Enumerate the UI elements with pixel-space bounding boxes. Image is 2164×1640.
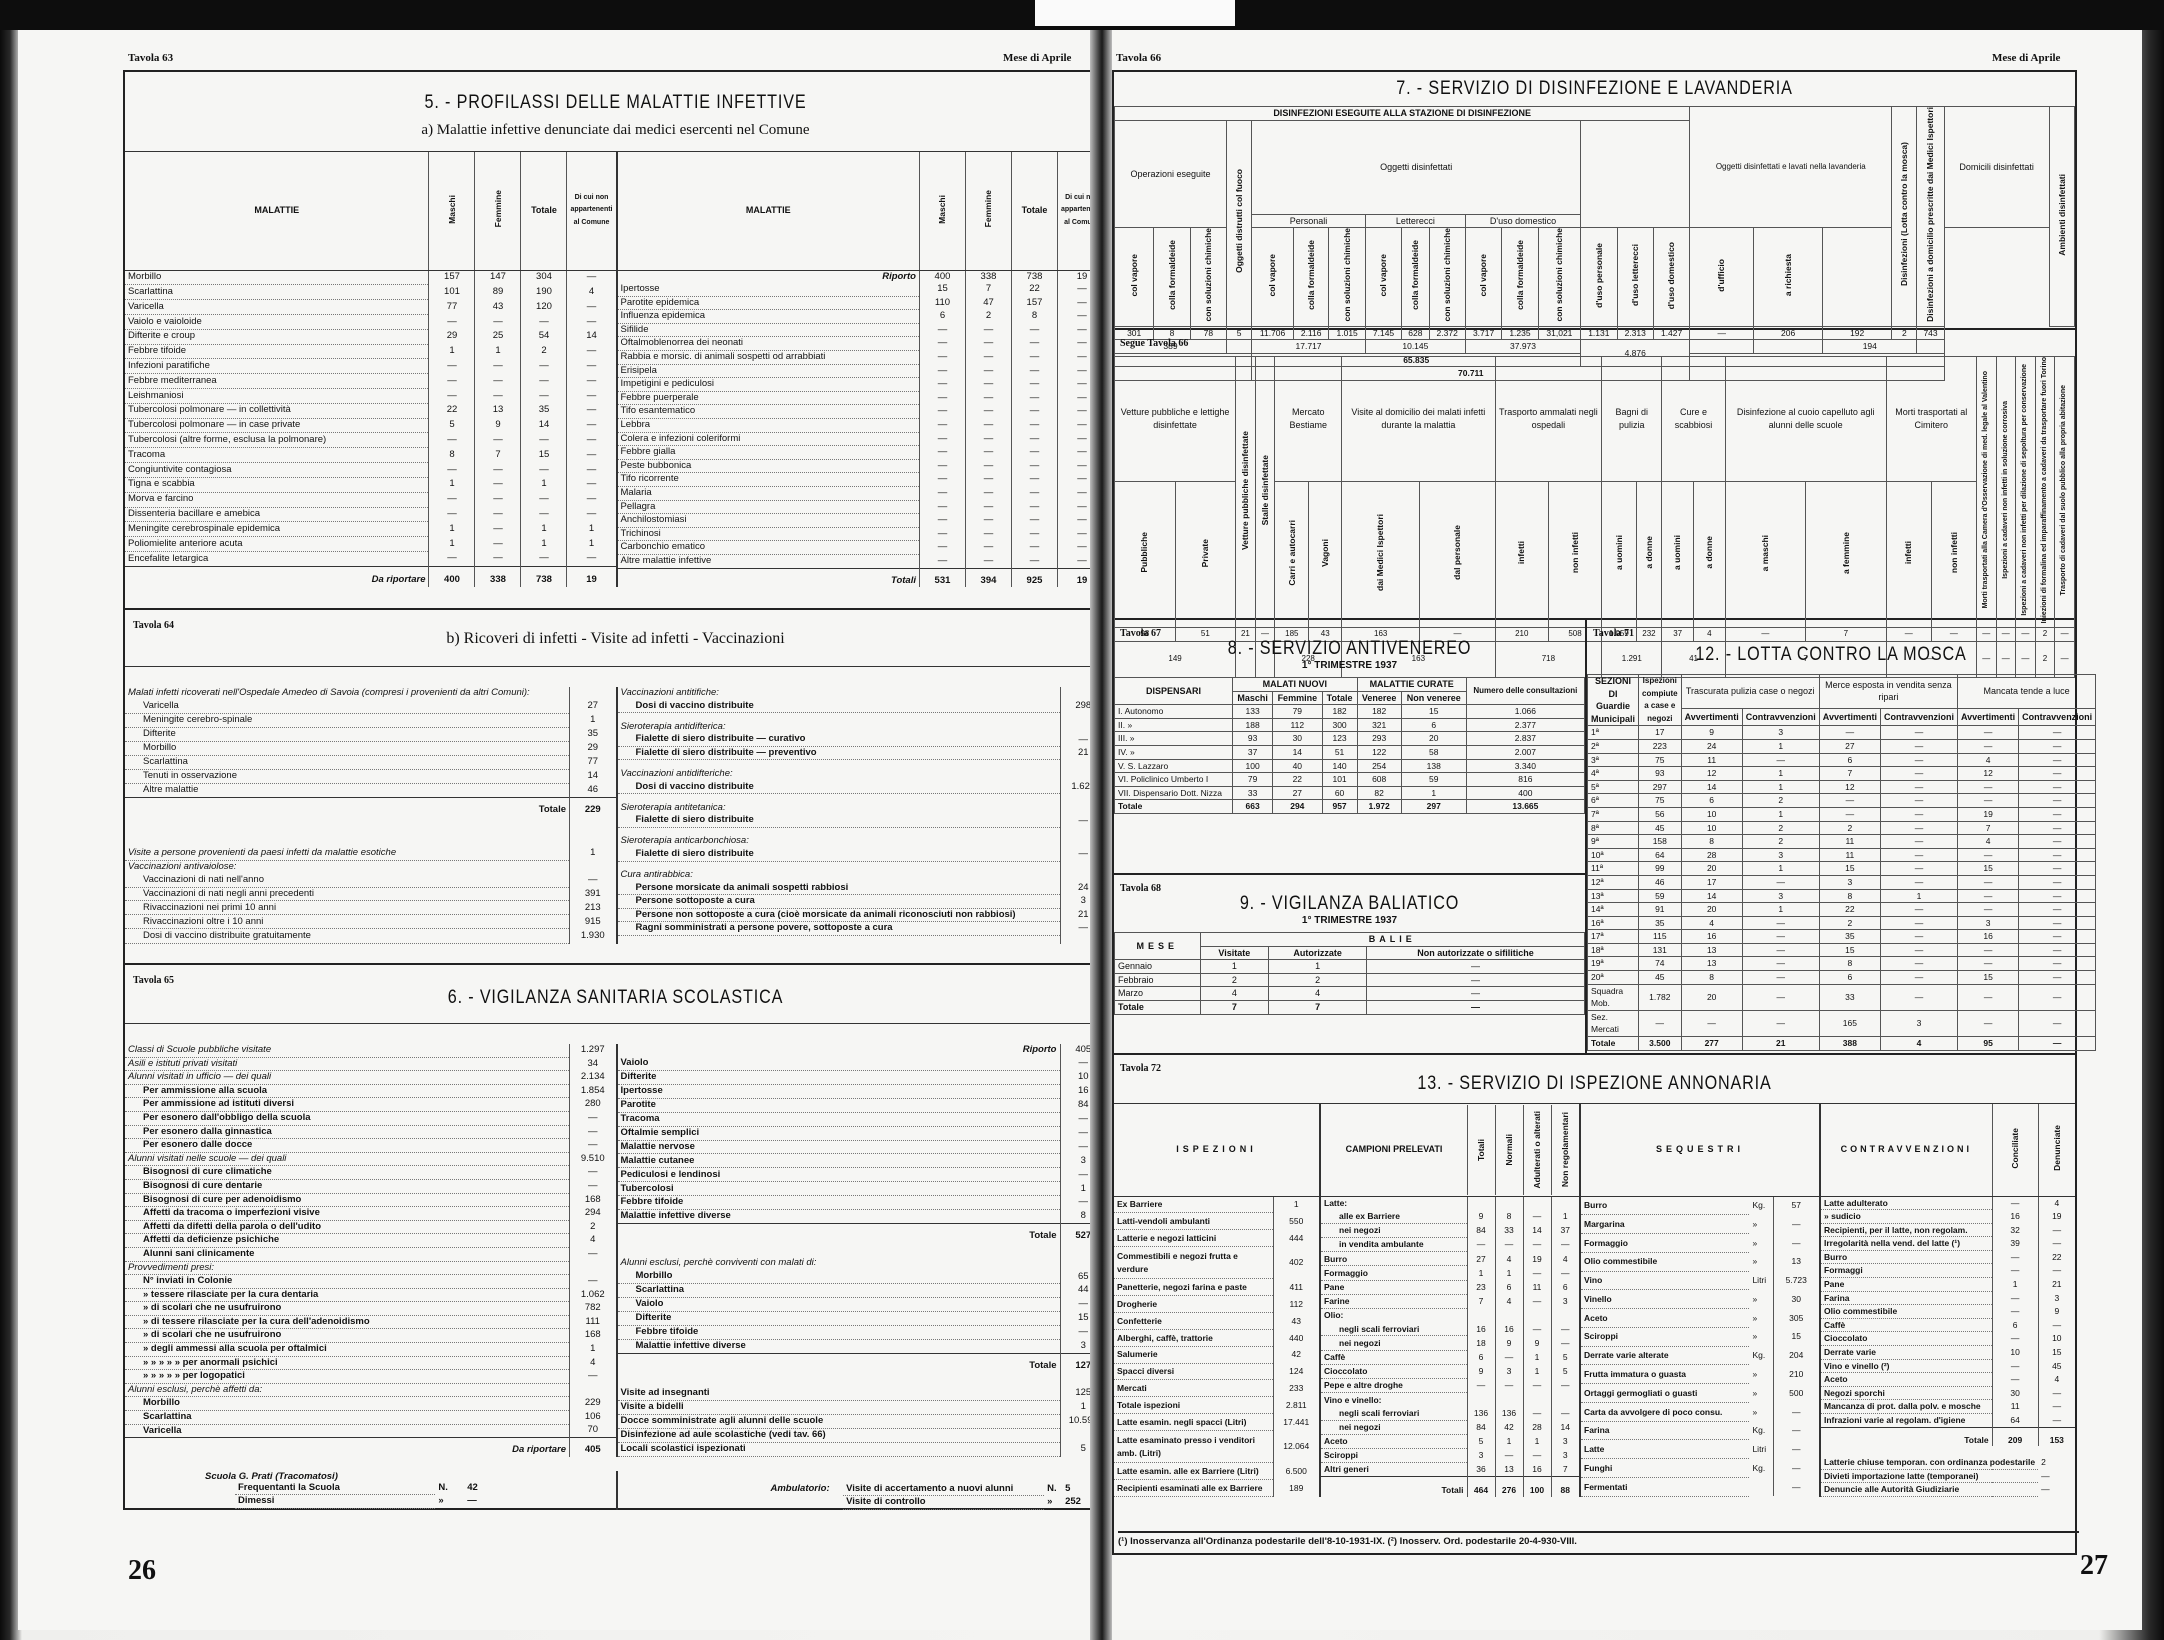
cell [1523, 1196, 1551, 1210]
cell: — [567, 477, 616, 492]
cell: — [1011, 351, 1057, 365]
cell: Morbillo [617, 1270, 1061, 1283]
cell: — [1011, 514, 1057, 528]
cell: Bisognosi di cure dentarie [125, 1179, 570, 1193]
cell: — [2019, 780, 2096, 794]
table-row: Congiuntivite contagiosa———— [125, 463, 616, 478]
section-6-frame: Tavola 65 6. - VIGILANZA SANITARIA SCOLA… [123, 965, 1108, 1510]
table-row: Sez. Mercati———1653—— [1588, 1010, 2096, 1036]
table-row: Dosi di vaccino distribuite298 [617, 700, 1107, 713]
cell: 1 [521, 522, 567, 537]
cell: Caffè [1820, 1318, 1992, 1332]
cell: 14ª [1588, 903, 1639, 917]
cell: Aceto [1580, 1309, 1749, 1328]
heading: Sieroterapia antitetanica: [617, 802, 1061, 815]
table-row: Farina—3 [1820, 1291, 2075, 1305]
cell: 500 [1773, 1384, 1819, 1403]
ispezioni-table: ISPEZIONI Ex Barriere1Latti-vendoli ambu… [1114, 1104, 1319, 1497]
cell: 1 [1742, 862, 1819, 876]
cell: — [919, 541, 965, 555]
cell: 229 [570, 1397, 616, 1411]
cell: — [567, 403, 616, 418]
cell: Altre malattie [125, 783, 570, 797]
table-row: Alberghi, caffè, trattorie440 [1114, 1329, 1319, 1346]
table-row: Vaccinazioni di nati nell'anno— [125, 874, 616, 887]
table-row: Totale229 [125, 797, 616, 817]
cell: » [1749, 1309, 1773, 1328]
cell: Pane [1320, 1280, 1467, 1294]
cell: 209 [1992, 1427, 2038, 1446]
cell: Denuncie alle Autorità Giudiziarie [1820, 1483, 2038, 1497]
table-row: 2ª22324127——— [1588, 739, 2096, 753]
cell: 297 [1639, 780, 1682, 794]
cell: 12 [1681, 767, 1742, 781]
cell: 663 [1233, 800, 1273, 814]
cell: 79 [1273, 705, 1323, 719]
cell: 20 [1681, 984, 1742, 1010]
table-row: Latti-vendoli ambulanti550 [1114, 1213, 1319, 1230]
cell: — [1551, 1238, 1579, 1252]
cell: 13ª [1588, 889, 1639, 903]
cell: Per esonero dall'obbligo della scuola [125, 1111, 570, 1125]
cell: 338 [475, 566, 521, 587]
cell: » [1749, 1384, 1773, 1403]
cell: » di scolari che ne usufruirono [125, 1329, 570, 1343]
table-row: Frutta immatura o guasta»210 [1580, 1365, 1819, 1384]
cell: 7 [1551, 1463, 1579, 1477]
cell: Vaiolo [617, 1298, 1061, 1312]
cell: Latte adulterato [1820, 1196, 1992, 1210]
cell: 1.972 [1357, 800, 1401, 814]
cell: — [2038, 1414, 2075, 1428]
cell: — [2019, 889, 2096, 903]
cell: 3 [1551, 1448, 1579, 1462]
cell: 7 [965, 283, 1011, 296]
cell: Cioccolato [1820, 1332, 1992, 1346]
column-header: dai Medici Ispettori [1374, 514, 1387, 591]
disease-label: Scarlattina [125, 285, 429, 300]
section-13-title: 13. - SERVIZIO DI ISPEZIONE ANNONARIA [1186, 1073, 2003, 1095]
table-row: Salumerie42 [1114, 1346, 1319, 1363]
column-header: Non autorizzate o sifilitiche [1367, 946, 1585, 960]
table-row: Confetterie43 [1114, 1313, 1319, 1330]
cell: — [475, 507, 521, 522]
cell: 12ª [1588, 875, 1639, 889]
table-row: Totale ispezioni2.811 [1114, 1397, 1319, 1414]
column-header: Avvertimenti [1957, 708, 2018, 726]
cell: 254 [1357, 759, 1401, 773]
cell: — [1523, 1238, 1551, 1252]
table-row: Rabbia e morsic. di animali sospetti od … [617, 351, 1107, 365]
table-row: Per esonero dall'obbligo della scuola— [125, 1111, 616, 1125]
table-row: Latterie e negozi latticini444 [1114, 1230, 1319, 1247]
disease-label: Difterite e croup [125, 329, 429, 344]
cell: 39 [1992, 1237, 2038, 1251]
section-5-frame: 5. - PROFILASSI DELLE MALATTIE INFETTIVE… [123, 70, 1108, 610]
cell: 5 [429, 418, 475, 433]
cell: 1 [1401, 786, 1466, 800]
column-header: d'uso domestico [1665, 242, 1678, 309]
cell: — [919, 337, 965, 351]
cell: 15 [1819, 943, 1880, 957]
cell: 30 [1992, 1386, 2038, 1400]
cell: Difterite [617, 1311, 1061, 1325]
table-row: Infezioni paratifiche———— [125, 359, 616, 374]
table-row: Formaggio11—— [1320, 1266, 1579, 1280]
cell: 15 [1819, 862, 1880, 876]
table-row: Malati infetti ricoverati nell'Ospedale … [125, 687, 616, 700]
cell: 444 [1273, 1230, 1319, 1247]
col-femmine: Femmine [492, 190, 505, 227]
section-12-frame: Tavola 71 12. - LOTTA CONTRO LA MOSCA SE… [1587, 620, 2077, 1055]
table-row: » » » » » per anormali psichici4 [125, 1356, 616, 1370]
table-row: Tigna e scabbia1—1— [125, 477, 616, 492]
table-row: Tifo esantematico———— [617, 405, 1107, 419]
cell: — [2019, 753, 2096, 767]
cell: — [919, 487, 965, 501]
disease-label: Tubercolosi (altre forme, esclusa la pol… [125, 433, 429, 448]
table-row: Malattie infettive diverse8 [617, 1210, 1107, 1224]
section-9-subtitle: 1° TRIMESTRE 1937 [1114, 915, 1585, 926]
column-header: Contravvenzioni [1880, 708, 1957, 726]
table-row: Bisognosi di cure dentarie— [125, 1179, 616, 1193]
sequestri-table: SEQUESTRI BurroKg.57Margarina»—Formaggio… [1579, 1104, 1819, 1497]
cell: — [1011, 323, 1057, 337]
cell: 10ª [1588, 848, 1639, 862]
table-row: Latte: [1320, 1196, 1579, 1210]
cell: nei negozi [1320, 1420, 1467, 1434]
cell [1467, 1309, 1495, 1323]
cell: » tessere rilasciate per la cura dentari… [125, 1288, 570, 1302]
disease-label: Carbonchio ematico [617, 541, 920, 555]
cell: 14 [1681, 889, 1742, 903]
cell: 140 [1322, 759, 1357, 773]
cell: — [570, 1370, 616, 1384]
section-7-frame: 7. - SERVIZIO DI DISINFEZIONE E LAVANDER… [1112, 70, 2077, 330]
table-row: Malaria———— [617, 487, 1107, 501]
cell: Kg. [1749, 1421, 1773, 1440]
cell: Affetti da tracoma o imperfezioni visive [125, 1207, 570, 1221]
cell [1820, 1446, 1992, 1456]
cell: 3.340 [1466, 759, 1584, 773]
cell: 3 [1551, 1294, 1579, 1308]
cell: 20 [1681, 903, 1742, 917]
cell: — [1523, 1379, 1551, 1393]
cell: 1 [570, 847, 616, 860]
cell: 14 [1551, 1420, 1579, 1434]
cell: 9ª [1588, 835, 1639, 849]
cell: 277 [1681, 1037, 1742, 1051]
cell: 1 [1742, 807, 1819, 821]
cell: 22 [429, 403, 475, 418]
cell: 75 [1639, 753, 1682, 767]
cell: — [1880, 875, 1957, 889]
cell: 89 [475, 285, 521, 300]
table-row: Vaiolo— [617, 1298, 1107, 1312]
cell: — [567, 389, 616, 404]
col-femmine-r: Femmine [982, 190, 995, 227]
cell: 2.134 [570, 1071, 616, 1085]
cell: 2.007 [1466, 745, 1584, 759]
cell: 23 [1467, 1280, 1495, 1294]
table-row: Ortaggi germogliati o guasti»500 [1580, 1384, 1819, 1403]
cell: 64 [1639, 848, 1682, 862]
table-row: Ragni somministrati a persone povere, so… [617, 922, 1107, 936]
cell: 411 [1273, 1279, 1319, 1296]
cell: Latti-vendoli ambulanti [1114, 1213, 1273, 1230]
cell: 8 [1819, 957, 1880, 971]
table-row: Tubercolosi (altre forme, esclusa la pol… [125, 433, 616, 448]
cell [570, 860, 616, 873]
cell: Totale [1115, 1000, 1201, 1014]
cell: 1 [1467, 1266, 1495, 1280]
table-row: Da riportare405 [125, 1438, 616, 1457]
column-header: col vapore [1266, 254, 1279, 297]
cell: 293 [1357, 732, 1401, 746]
cell: Bisognosi di cure climatiche [125, 1166, 570, 1180]
cell: — [1773, 1477, 1819, 1496]
table-row: Bisognosi di cure per adenoidismo168 [125, 1193, 616, 1207]
cell: Drogherie [1114, 1296, 1273, 1313]
cell: Scarlattina [617, 1284, 1061, 1298]
cell: Cioccolato [1320, 1364, 1467, 1378]
col-malattie-r: MALATTIE [617, 152, 920, 270]
cell: — [1523, 1322, 1551, 1336]
cell [617, 1243, 1061, 1257]
cell: 28 [1523, 1420, 1551, 1434]
cell: 7 [1200, 1000, 1269, 1014]
table-row: VI. Policlinico Umberto I792210160859816 [1115, 773, 1585, 787]
disease-label: Morbillo [125, 270, 429, 285]
antivenereo-table: DISPENSARIMALATI NUOVIMALATTIE CURATENum… [1114, 677, 1585, 814]
cell: 8 [429, 448, 475, 463]
table-row: » sudicio1619 [1820, 1210, 2075, 1224]
col-totale: Totale [521, 152, 567, 270]
cell: 54 [521, 329, 567, 344]
cell: 1.297 [570, 1044, 616, 1057]
cell: 15 [919, 283, 965, 296]
column-header: Avvertimenti [1681, 708, 1742, 726]
cell: Persone sottoposte a cura [617, 895, 1061, 909]
cell: — [965, 432, 1011, 446]
cell: 6ª [1588, 794, 1639, 808]
cell: 6 [919, 310, 965, 324]
table-row: Vaiolo— [617, 1057, 1107, 1070]
baliatico-table: MESEBALIE VisitateAutorizzateNon autoriz… [1114, 932, 1585, 1015]
cell: 294 [1273, 800, 1323, 814]
cell: 84 [1467, 1223, 1495, 1237]
cell: 24 [1681, 739, 1742, 753]
cell: 10 [2038, 1332, 2075, 1346]
table-row: Difterite35 [125, 727, 616, 741]
disease-label: Lebbra [617, 419, 920, 433]
table-row: Parotite epidemica11047157— [617, 296, 1107, 310]
cell [617, 1373, 1061, 1387]
cell: 8 [1011, 310, 1057, 324]
cell: 1 [429, 537, 475, 552]
cell: 1 [1742, 767, 1819, 781]
cell: — [570, 1139, 616, 1153]
cell: — [521, 433, 567, 448]
cell: — [475, 433, 521, 448]
table-row: Impetigini e pediculosi———— [617, 378, 1107, 392]
cell: — [1011, 446, 1057, 460]
cell: — [965, 351, 1011, 365]
table-row: 12ª4617—3——— [1588, 875, 2096, 889]
cell: 19 [2038, 1210, 2075, 1224]
cell: 464 [1467, 1477, 1495, 1497]
cell: Febbre tifoide [617, 1196, 1061, 1210]
cell: 106 [570, 1411, 616, 1425]
cell: 27 [1819, 739, 1880, 753]
cell: 7 [1269, 1000, 1367, 1014]
cell: Altri generi [1320, 1463, 1467, 1477]
cell: — [429, 359, 475, 374]
table-row: Marzo44— [1115, 987, 1585, 1001]
cell: negli scali ferroviari [1320, 1406, 1467, 1420]
cell: 1 [1523, 1434, 1551, 1448]
table-row: » tessere rilasciate per la cura dentari… [125, 1288, 616, 1302]
cell: 531 [919, 568, 965, 587]
table-row: Sieroterapia antidifterica: [617, 721, 1107, 734]
cell: — [965, 527, 1011, 541]
table-row: Bisognosi di cure climatiche— [125, 1166, 616, 1180]
table-row: Febbraio22— [1115, 973, 1585, 987]
cell: — [1367, 960, 1585, 974]
cell: Alunni sani clinicamente [125, 1247, 570, 1261]
cell: 16 [1495, 1322, 1523, 1336]
mosca-table: SEZIONI DI Guardie MunicipaliIspezioni c… [1587, 674, 2096, 1051]
table-row: Carbonchio ematico———— [617, 541, 1107, 555]
group-station: DISINFEZIONI ESEGUITE ALLA STAZIONE DI D… [1115, 107, 1690, 121]
cell: Morbillo [125, 1397, 570, 1411]
table-row: Frequentanti la ScuolaN.42 [235, 1482, 495, 1495]
cell: Asili e istituti privati visitati [125, 1057, 570, 1071]
table-row: Alunni visitati in ufficio — dei quali2.… [125, 1071, 616, 1085]
cell: Rivaccinazioni oltre i 10 anni [125, 915, 570, 929]
cell: » [1749, 1252, 1773, 1271]
table-row: FarinaKg.— [1580, 1421, 1819, 1440]
table-row: Pane121 [1820, 1278, 2075, 1292]
column-header: Veneree [1357, 691, 1401, 705]
table-row: Poliomielite anteriore acuta1—11 [125, 537, 616, 552]
table-row [617, 936, 1107, 944]
cell: Latte: [1320, 1196, 1467, 1210]
cell: 13 [1681, 957, 1742, 971]
cell: Alberghi, caffè, trattorie [1114, 1329, 1273, 1346]
cell: — [1880, 739, 1957, 753]
cell: II. » [1115, 718, 1233, 732]
cell: — [429, 507, 475, 522]
cell [570, 1384, 616, 1397]
diseases-table-left: MALATTIE Maschi Femmine Totale Di cui no… [125, 152, 616, 587]
section-5-tables: MALATTIE Maschi Femmine Totale Di cui no… [125, 151, 1106, 587]
scanner-tab [1035, 0, 1235, 26]
table-row: Pepe e altre droghe———— [1320, 1379, 1579, 1393]
cell: 19ª [1588, 957, 1639, 971]
cell: 189 [1273, 1480, 1319, 1497]
antivenereo-body: I. Autonomo13379182182151.066II. »188112… [1115, 705, 1585, 814]
cell: 182 [1357, 705, 1401, 719]
table-row: Caffè6— [1820, 1318, 2075, 1332]
cell: 16 [1992, 1210, 2038, 1224]
cell: — [1880, 971, 1957, 985]
table-row: I. Autonomo13379182182151.066 [1115, 705, 1585, 719]
cell: Olio commestibile [1820, 1305, 1992, 1319]
cell: Totale [1115, 800, 1233, 814]
cell: — [1495, 1379, 1523, 1393]
table-row: Ipertosse16 [617, 1084, 1107, 1098]
table-row: negli scali ferroviari136136—— [1320, 1406, 1579, 1420]
cell: 33 [1233, 786, 1273, 800]
cell: 46 [570, 783, 616, 797]
table-row: Burro274194 [1320, 1252, 1579, 1266]
cell: — [1011, 487, 1057, 501]
column-header: col vapore [1128, 254, 1141, 297]
cell: 57 [1773, 1196, 1819, 1215]
cell: Latte [1580, 1440, 1749, 1459]
cell: 133 [1233, 705, 1273, 719]
table-row: 5ª29714112——— [1588, 780, 2096, 794]
cell: 1 [1523, 1364, 1551, 1378]
cell: — [570, 1179, 616, 1193]
table-row: Asili e istituti privati visitati34 [125, 1057, 616, 1071]
cell: — [475, 477, 521, 492]
cell: — [521, 492, 567, 507]
table-row: Fialette di siero distribuite — preventi… [617, 746, 1107, 760]
cell: — [919, 527, 965, 541]
cell: — [429, 492, 475, 507]
cell: » » » » » per anormali psichici [125, 1356, 570, 1370]
table-row: Totale6632949571.97229713.665 [1115, 800, 1585, 814]
cell: 16ª [1588, 916, 1639, 930]
cell: 46 [1639, 875, 1682, 889]
table-row: Mancanza di prot. dalla polv. e mosche11… [1820, 1400, 2075, 1414]
cell: — [1957, 739, 2018, 753]
table-row: Alunni visitati nelle scuole — dei quali… [125, 1153, 616, 1166]
cell: Aceto [1320, 1434, 1467, 1448]
cell: 550 [1273, 1213, 1319, 1230]
cell: Negozi sporchi [1820, 1386, 1992, 1400]
cell: 28 [1681, 848, 1742, 862]
cell: 1 [1551, 1210, 1579, 1224]
table-row [617, 861, 1107, 869]
table-row: Latte esamin. alle ex Barriere (Litri)6.… [1114, 1463, 1319, 1480]
cell: 400 [919, 270, 965, 283]
table-row: Totale209153 [1820, 1427, 2075, 1446]
cell: — [1880, 916, 1957, 930]
cell: 738 [1011, 270, 1057, 283]
cell: — [1495, 1350, 1523, 1364]
cell: 8 [1681, 971, 1742, 985]
cell: 30 [1273, 732, 1323, 746]
column-header: con soluzioni chimiche [1202, 228, 1215, 322]
column-header: a donne [1703, 536, 1716, 569]
cell: 77 [570, 755, 616, 769]
table-row: Recipienti, per il latte, non regolam.32… [1820, 1223, 2075, 1237]
cell: 304 [521, 270, 567, 285]
cell: 1 [429, 344, 475, 359]
table-row: Per esonero dalla ginnastica— [125, 1125, 616, 1139]
cell: — [475, 522, 521, 537]
cell: Formaggio [1580, 1234, 1749, 1253]
cell: — [1957, 984, 2018, 1010]
cell: Affetti da difetti della parola o dell'u… [125, 1220, 570, 1234]
cell: 11 [1819, 835, 1880, 849]
cell: Fialette di siero distribuite [617, 814, 1061, 827]
cell: 11 [1523, 1280, 1551, 1294]
cell: — [2019, 903, 2096, 917]
